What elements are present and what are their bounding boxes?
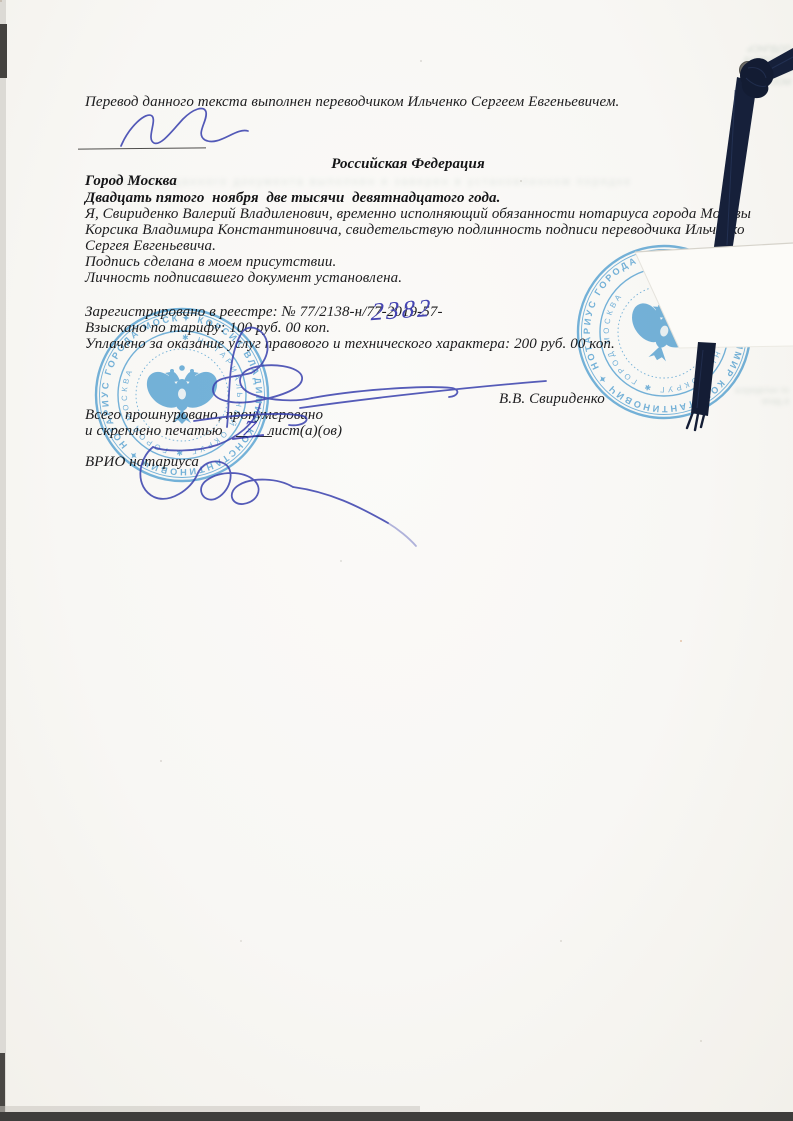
scan-edge-bottom <box>0 1112 793 1121</box>
ribbon-strand-vertical <box>713 77 757 259</box>
ink-and-ribbon-layer <box>0 0 793 1121</box>
paper-specks <box>0 0 2 2</box>
scan-edge-artifact <box>0 24 7 78</box>
scan-edge-left <box>0 0 6 1121</box>
scanned-notarial-document: ПОДПИСЬ ЗАВЕРЕНА НОТАРИУС МОСКВЫ перевод… <box>0 0 793 1121</box>
translator-signature <box>121 108 248 146</box>
ribbon-tail <box>691 342 716 416</box>
paper-flap <box>635 243 793 348</box>
notary-signature <box>140 328 546 546</box>
